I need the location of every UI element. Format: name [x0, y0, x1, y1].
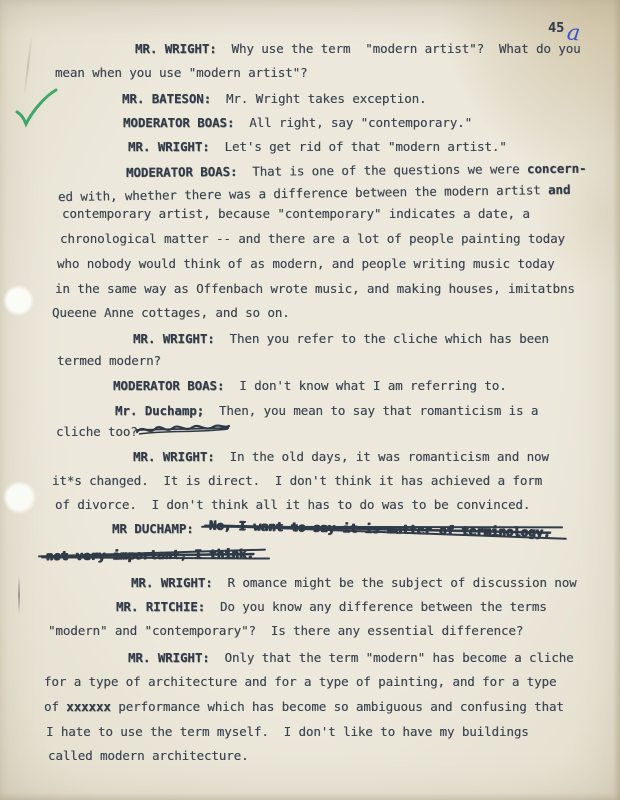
transcript-line: MODERATOR BOAS: All right, say "contempo… — [123, 116, 472, 130]
speaker-label: MODERATOR BOAS: — [123, 115, 234, 130]
transcript-line: "modern" and "contemporary"? Is there an… — [48, 624, 523, 638]
speaker-label: MR. BATESON: — [122, 91, 211, 106]
transcript-line: MR. RITCHIE: Do you know any difference … — [116, 600, 547, 614]
transcript-line: not very important, I think. — [46, 548, 254, 562]
speaker-label: MODERATOR BOAS: — [126, 164, 238, 180]
speaker-label: MR. WRIGHT: — [128, 650, 210, 665]
crossed-out-text: No, I want to say it is matter of termin… — [208, 518, 550, 539]
transcript-line: MR. WRIGHT: R omance might be the subjec… — [131, 576, 577, 590]
transcript-line: for a type of architecture and for a typ… — [44, 675, 556, 689]
transcript-line: of divorce. I don't think all it has to … — [55, 498, 530, 512]
transcript-line: MODERATOR BOAS: That is one of the quest… — [126, 162, 587, 180]
paper-stain — [0, 0, 620, 34]
transcript-line: ed with, whether there was a difference … — [58, 183, 571, 204]
scribble-mark — [134, 420, 232, 438]
transcript-line: in the same way as Offenbach wrote music… — [55, 282, 575, 296]
transcript-line: MR. WRIGHT: Only that the term "modern" … — [128, 651, 574, 665]
speaker-label: MR. RITCHIE: — [116, 599, 205, 614]
stray-pencil-mark — [18, 576, 20, 614]
transcript-line: MR. WRIGHT: Let's get rid of that "moder… — [128, 140, 507, 154]
speaker-label: MR. WRIGHT: — [131, 575, 213, 590]
transcript-line: I hate to use the term myself. I don't l… — [46, 725, 529, 739]
transcript-line: MODERATOR BOAS: I don't know what I am r… — [113, 379, 507, 393]
punch-hole — [3, 481, 36, 514]
typed-over-word: xxxxxx — [66, 699, 111, 714]
speaker-label: Mr. Duchamp; — [115, 403, 204, 418]
transcript-line: called modern architecture. — [48, 749, 249, 763]
transcript-line: MR. BATESON: Mr. Wright takes exception. — [122, 92, 426, 106]
transcript-line: MR. WRIGHT: In the old days, it was roma… — [133, 450, 549, 464]
paper-edge — [613, 0, 620, 800]
crossed-out-text: not very important, I think. — [46, 547, 254, 563]
speaker-label: MR. WRIGHT: — [128, 139, 210, 154]
speaker-label: MR. WRIGHT: — [135, 41, 217, 56]
transcript-line: of xxxxxx performance which has become s… — [44, 700, 564, 714]
transcript-line: MR DUCHAMP: No, I want to say it is matt… — [112, 522, 550, 536]
transcript-line: Queene Anne cottages, and so on. — [52, 306, 290, 320]
speaker-label: MODERATOR BOAS: — [113, 378, 224, 393]
transcript-line: it*s changed. It is direct. I don't thin… — [52, 474, 542, 488]
transcript-line: mean when you use "modern artist"? — [55, 66, 307, 80]
transcript-line: contemporary artist, because "contempora… — [62, 207, 530, 221]
punch-hole — [3, 285, 34, 316]
speaker-label: MR. WRIGHT: — [133, 449, 215, 464]
transcript-line: termed modern? — [57, 354, 161, 368]
green-checkmark-icon — [13, 87, 59, 129]
transcript-line: chronological matter -- and there are a … — [60, 232, 565, 246]
transcript-line: MR. WRIGHT: Then you refer to the cliche… — [133, 332, 549, 346]
paper-edge — [0, 793, 620, 800]
document-page: 45 a MR. WRIGHT: Why use the term "moder… — [0, 0, 620, 800]
transcript-line: who nobody would think of as modern, and… — [57, 257, 555, 271]
speaker-label: MR. WRIGHT: — [133, 331, 215, 346]
transcript-line: Mr. Duchamp; Then, you mean to say that … — [115, 404, 538, 418]
transcript-line: MR. WRIGHT: Why use the term "modern art… — [135, 42, 581, 56]
page-number: 45 — [548, 20, 564, 36]
speaker-label: MR DUCHAMP: — [112, 521, 194, 536]
